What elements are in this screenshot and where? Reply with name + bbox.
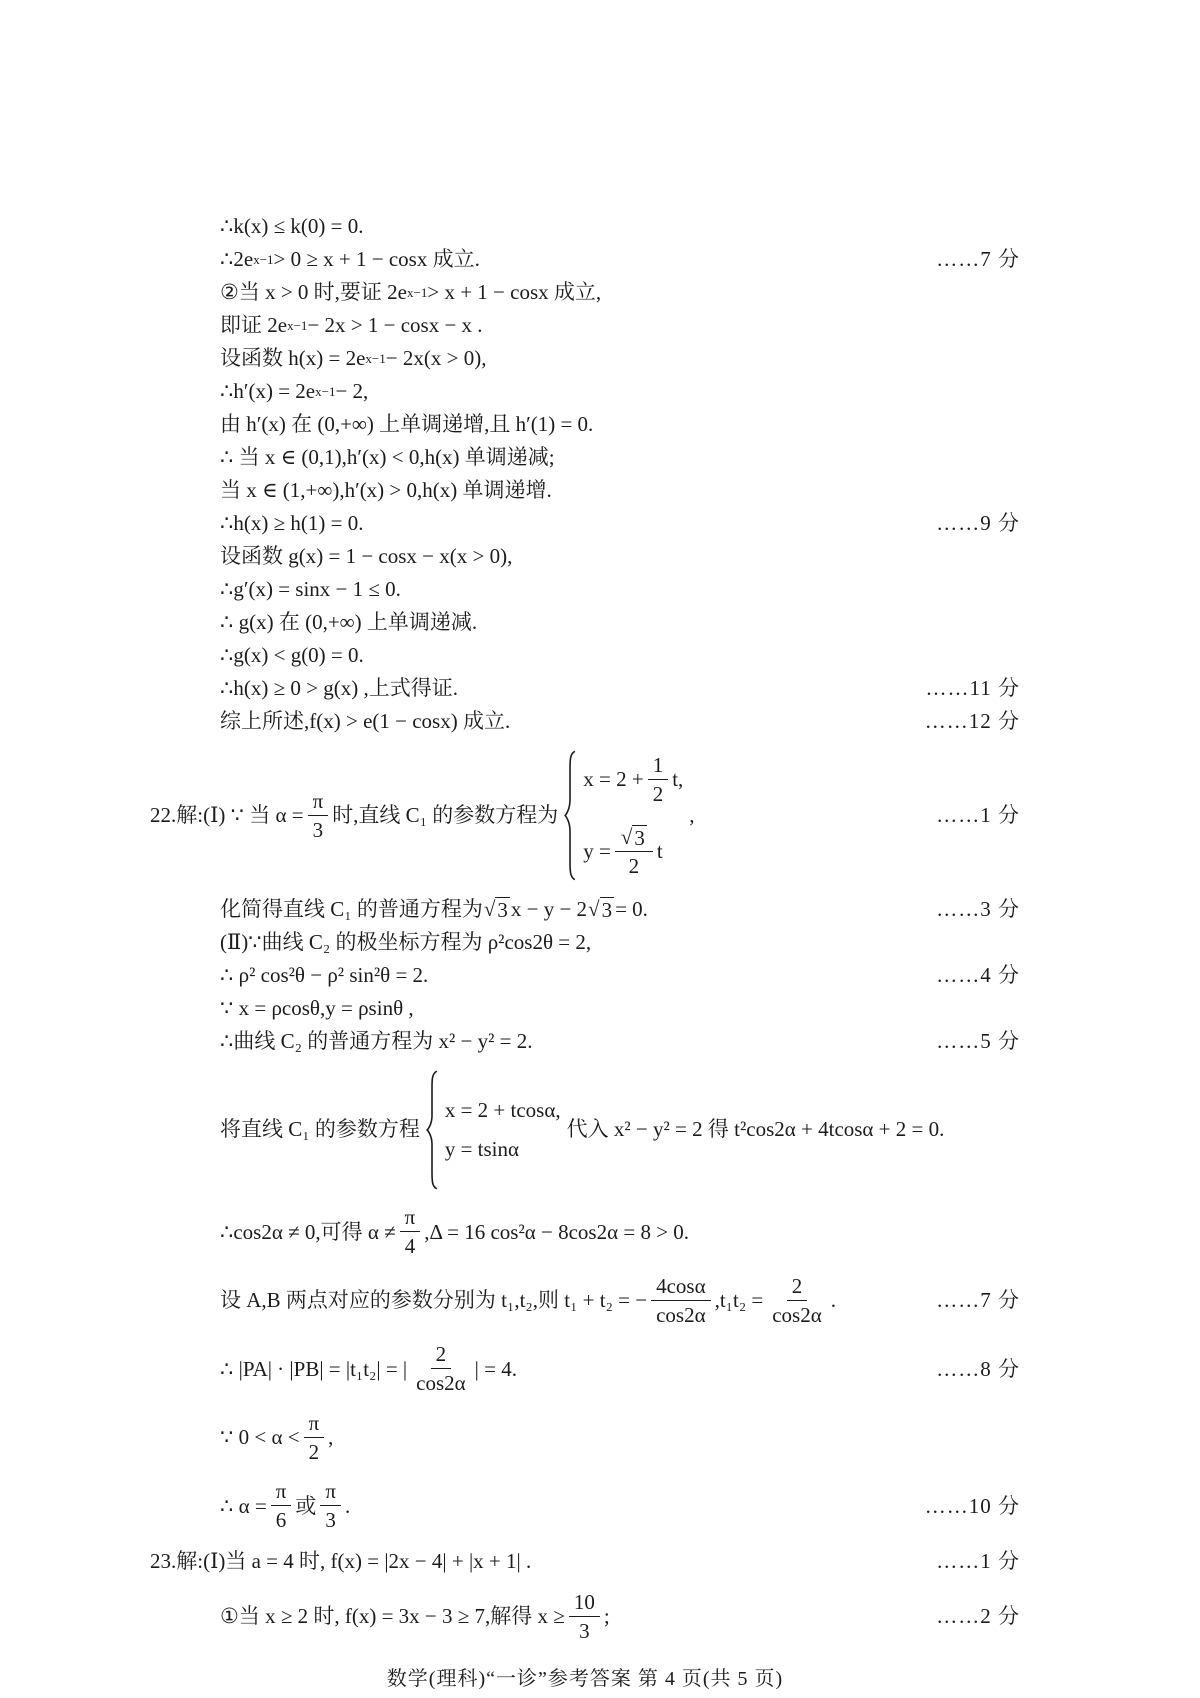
- line-math: ∴ g(x) 在 (0,+∞) 上单调递减.: [220, 606, 477, 639]
- square-root: √3: [588, 897, 614, 922]
- line-math: 设 A,B 两点对应的参数分别为 t₁,t₂,则 t₁ + t₂ = − 4co…: [220, 1271, 836, 1331]
- fraction: √32: [615, 824, 653, 880]
- score-mark: ……11 分: [906, 672, 1020, 705]
- line-math: (Ⅱ)∵曲线 C₂ 的极坐标方程为 ρ²cos2θ = 2,: [220, 926, 591, 959]
- fraction: π4: [400, 1204, 421, 1260]
- answer-line: (Ⅱ)∵曲线 C₂ 的极坐标方程为 ρ²cos2θ = 2,: [150, 926, 1020, 959]
- answer-line: 设 A,B 两点对应的参数分别为 t₁,t₂,则 t₁ + t₂ = − 4co…: [150, 1271, 1020, 1331]
- answer-line: ∴h′(x) = 2ex−1 − 2,: [150, 375, 1020, 408]
- answer-sheet-page: ∴k(x) ≤ k(0) = 0.∴2ex−1 > 0 ≥ x + 1 − co…: [0, 0, 1200, 1698]
- fraction: 12: [648, 752, 669, 808]
- line-math: 化简得直线 C₁ 的普通方程为 √3x − y − 2√3 = 0.: [220, 893, 648, 926]
- fraction: π3: [320, 1478, 341, 1534]
- line-math: 将直线 C₁ 的参数方程 x = 2 + tcosα,y = tsinα 代入 …: [220, 1068, 944, 1192]
- score-mark: ……8 分: [916, 1356, 1020, 1382]
- answer-line: 化简得直线 C₁ 的普通方程为 √3x − y − 2√3 = 0.……3 分: [150, 893, 1020, 926]
- line-math: ∴ |PA| · |PB| = |t₁t₂| = |2cos2α| = 4.: [220, 1339, 517, 1399]
- square-root: √3: [484, 897, 510, 922]
- line-math: ∴ ρ² cos²θ − ρ² sin²θ = 2.: [220, 959, 428, 992]
- cases-row: y = tsinα: [445, 1136, 519, 1163]
- answer-line: ∴ g(x) 在 (0,+∞) 上单调递减.: [150, 606, 1020, 639]
- line-math: 设函数 g(x) = 1 − cosx − x(x > 0),: [220, 540, 512, 573]
- answer-line: 设函数 g(x) = 1 − cosx − x(x > 0),: [150, 540, 1020, 573]
- answer-line: ∴h(x) ≥ 0 > g(x) ,上式得证.……11 分: [150, 672, 1020, 705]
- answer-line: 由 h′(x) 在 (0,+∞) 上单调递增,且 h′(1) = 0.: [150, 408, 1020, 441]
- line-math: ∴h(x) ≥ 0 > g(x) ,上式得证.: [220, 672, 458, 705]
- cases-brace-icon: [564, 750, 576, 881]
- fraction: 2cos2α: [411, 1341, 471, 1397]
- fraction: 103: [569, 1589, 600, 1645]
- line-math: 由 h′(x) 在 (0,+∞) 上单调递增,且 h′(1) = 0.: [220, 408, 593, 441]
- answer-line: ∴g(x) < g(0) = 0.: [150, 639, 1020, 672]
- line-math: ∵ x = ρcosθ,y = ρsinθ ,: [220, 992, 414, 1025]
- line-math: 22.解:(Ⅰ) ∵ 当 α = π3 时,直线 C₁ 的参数方程为 x = 2…: [150, 748, 695, 883]
- score-mark: ……5 分: [916, 1025, 1020, 1058]
- answer-line: 将直线 C₁ 的参数方程 x = 2 + tcosα,y = tsinα 代入 …: [150, 1068, 1020, 1192]
- line-math: 23.解:(Ⅰ)当 a = 4 时, f(x) = |2x − 4| + |x …: [150, 1545, 531, 1578]
- line-math: 综上所述,f(x) > e(1 − cosx) 成立.: [220, 705, 510, 738]
- answer-lines: ∴k(x) ≤ k(0) = 0.∴2ex−1 > 0 ≥ x + 1 − co…: [150, 210, 1020, 1646]
- score-mark: ……7 分: [916, 1287, 1020, 1313]
- line-math: ∴h(x) ≥ h(1) = 0.: [220, 507, 363, 540]
- score-mark: ……2 分: [916, 1603, 1020, 1629]
- score-mark: ……10 分: [905, 1493, 1020, 1519]
- cases-brace-icon: [426, 1070, 438, 1190]
- line-math: 设函数 h(x) = 2ex−1 − 2x(x > 0),: [220, 342, 486, 375]
- line-math: ∴曲线 C₂ 的普通方程为 x² − y² = 2.: [220, 1025, 532, 1058]
- answer-line: ∴2ex−1 > 0 ≥ x + 1 − cosx 成立.……7 分: [150, 243, 1020, 276]
- answer-line: ①当 x ≥ 2 时, f(x) = 3x − 3 ≥ 7,解得 x ≥ 103…: [150, 1587, 1020, 1647]
- answer-line: ∵ x = ρcosθ,y = ρsinθ ,: [150, 992, 1020, 1025]
- answer-line: 设函数 h(x) = 2ex−1 − 2x(x > 0),: [150, 342, 1020, 375]
- fraction: 2cos2α: [767, 1273, 827, 1329]
- fraction: 4cosαcos2α: [651, 1273, 711, 1329]
- line-math: 即证 2ex−1 − 2x > 1 − cosx − x .: [220, 309, 483, 342]
- fraction: π6: [271, 1478, 292, 1534]
- answer-line: ∴ 当 x ∈ (0,1),h′(x) < 0,h(x) 单调递减;: [150, 441, 1020, 474]
- score-mark: ……4 分: [916, 959, 1020, 992]
- answer-line: ②当 x > 0 时,要证 2ex−1 > x + 1 − cosx 成立,: [150, 276, 1020, 309]
- line-math: 当 x ∈ (1,+∞),h′(x) > 0,h(x) 单调递增.: [220, 474, 552, 507]
- answer-line: 即证 2ex−1 − 2x > 1 − cosx − x .: [150, 309, 1020, 342]
- answer-line: ∴ α = π6 或 π3 .……10 分: [150, 1476, 1020, 1536]
- answer-line: ∴曲线 C₂ 的普通方程为 x² − y² = 2.……5 分: [150, 1025, 1020, 1058]
- score-mark: ……12 分: [905, 705, 1020, 738]
- answer-line: ∴g′(x) = sinx − 1 ≤ 0.: [150, 573, 1020, 606]
- fraction: π3: [308, 788, 329, 844]
- answer-line: ∴cos2α ≠ 0,可得 α ≠ π4 ,Δ = 16 cos²α − 8co…: [150, 1202, 1020, 1262]
- answer-line: 当 x ∈ (1,+∞),h′(x) > 0,h(x) 单调递增.: [150, 474, 1020, 507]
- square-root: √3: [621, 825, 647, 850]
- line-math: ∴g′(x) = sinx − 1 ≤ 0.: [220, 573, 401, 606]
- line-math: ∴k(x) ≤ k(0) = 0.: [220, 210, 363, 243]
- cases-row: x = 2 + 12t,: [583, 750, 683, 810]
- line-math: ∵ 0 < α < π2 ,: [220, 1408, 333, 1468]
- line-math: ∴2ex−1 > 0 ≥ x + 1 − cosx 成立.: [220, 243, 480, 276]
- line-math: ②当 x > 0 时,要证 2ex−1 > x + 1 − cosx 成立,: [220, 276, 601, 309]
- cases-group: x = 2 + tcosα,y = tsinα: [426, 1070, 561, 1190]
- score-mark: ……1 分: [916, 802, 1020, 829]
- fraction: π2: [304, 1410, 325, 1466]
- line-math: ∴h′(x) = 2ex−1 − 2,: [220, 375, 368, 408]
- score-mark: ……9 分: [916, 507, 1020, 540]
- score-mark: ……3 分: [916, 893, 1020, 926]
- line-math: ∴g(x) < g(0) = 0.: [220, 639, 364, 672]
- line-math: ∴ 当 x ∈ (0,1),h′(x) < 0,h(x) 单调递减;: [220, 441, 555, 474]
- answer-line: ∴k(x) ≤ k(0) = 0.: [150, 210, 1020, 243]
- answer-line: 综上所述,f(x) > e(1 − cosx) 成立.……12 分: [150, 705, 1020, 738]
- answer-line: ∴ |PA| · |PB| = |t₁t₂| = |2cos2α| = 4.………: [150, 1339, 1020, 1399]
- answer-line: ∴h(x) ≥ h(1) = 0.……9 分: [150, 507, 1020, 540]
- answer-line: 23.解:(Ⅰ)当 a = 4 时, f(x) = |2x − 4| + |x …: [150, 1545, 1020, 1578]
- answer-line: ∴ ρ² cos²θ − ρ² sin²θ = 2.……4 分: [150, 959, 1020, 992]
- line-math: ①当 x ≥ 2 时, f(x) = 3x − 3 ≥ 7,解得 x ≥ 103…: [220, 1587, 610, 1647]
- line-math: ∴cos2α ≠ 0,可得 α ≠ π4 ,Δ = 16 cos²α − 8co…: [220, 1202, 689, 1262]
- cases-row: x = 2 + tcosα,: [445, 1097, 561, 1124]
- page-footer: 数学(理科)“一诊”参考答案 第 4 页(共 5 页): [150, 1662, 1020, 1691]
- answer-line: 22.解:(Ⅰ) ∵ 当 α = π3 时,直线 C₁ 的参数方程为 x = 2…: [150, 748, 1020, 883]
- score-mark: ……7 分: [916, 243, 1020, 276]
- line-math: ∴ α = π6 或 π3 .: [220, 1476, 350, 1536]
- cases-row: y = √32t: [583, 822, 662, 882]
- answer-line: ∵ 0 < α < π2 ,: [150, 1408, 1020, 1468]
- cases-group: x = 2 + 12t,y = √32t: [564, 750, 683, 881]
- score-mark: ……1 分: [916, 1545, 1020, 1578]
